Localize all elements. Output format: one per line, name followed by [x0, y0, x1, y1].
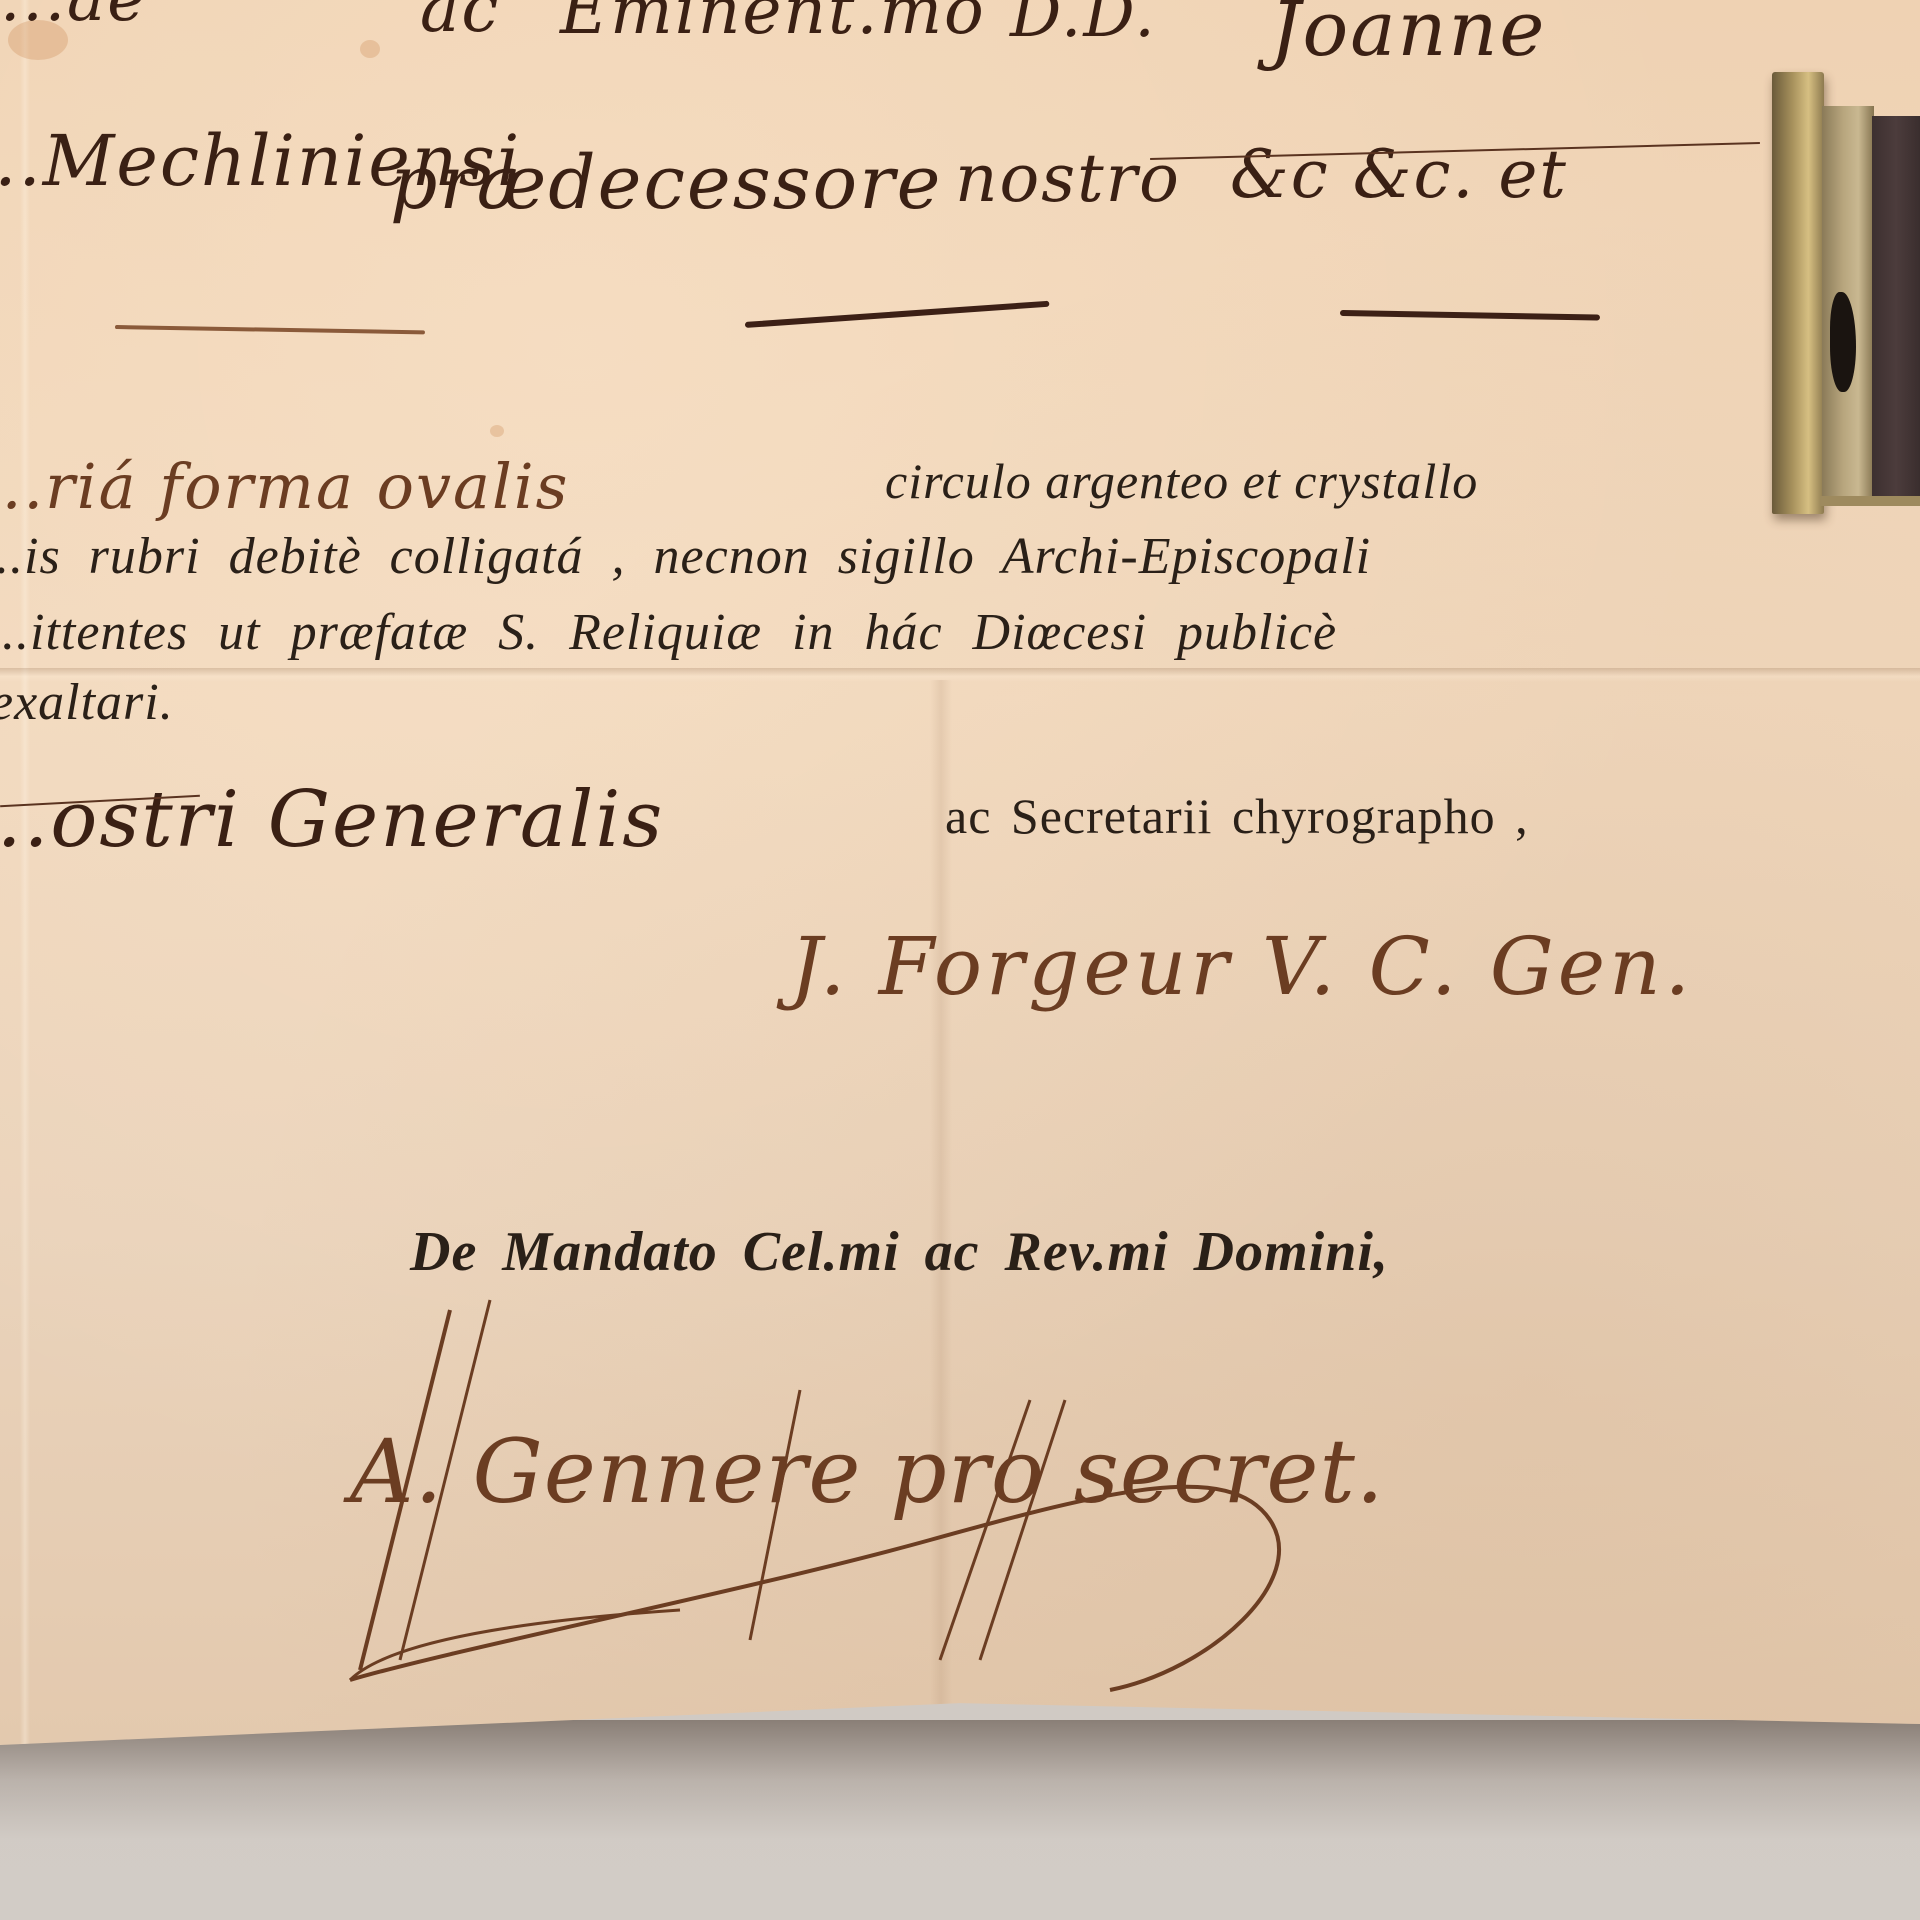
handwritten-name-joanne: Joanne [1270, 0, 1546, 73]
filler-dash [115, 325, 425, 334]
stain [490, 425, 504, 437]
handwritten-predecessor: prædecessore [390, 140, 942, 226]
document-paper: ...ae ac Eminent.mo D.D. Joanne ...Mechl… [0, 0, 1920, 1745]
handwritten-line1-fragment: ...ae [0, 0, 147, 36]
paper-shadow [0, 1720, 1920, 1840]
handwritten-nostro: nostro [955, 140, 1181, 217]
stain [360, 40, 380, 58]
printed-line6: exaltari. [0, 673, 174, 732]
frame-dark-panel [1872, 116, 1920, 502]
signature-vicar-general: J. Forgeur V. C. Gen. [790, 920, 1694, 1013]
fold-crease-left [20, 0, 30, 1745]
fold-crease-horizontal [0, 668, 1920, 682]
printed-mandate: De Mandato Cel.mi ac Rev.mi Domini, [410, 1220, 1389, 1284]
frame-outer-edge [1772, 72, 1824, 514]
handwritten-title-dd: D.D. [1010, 0, 1157, 52]
printed-line4: ...is rubri debitè colligatá , necnon si… [0, 527, 1371, 586]
printed-line7: ac Secretarii chyrographo , [945, 787, 1529, 845]
frame-bottom-rim [1820, 496, 1920, 506]
handwritten-forma-ovalis: ...riá forma ovalis [0, 450, 569, 523]
filler-dash [1340, 310, 1600, 321]
handwritten-generalis: ...ostri Generalis [0, 775, 664, 865]
printed-line3: circulo argenteo et crystallo [885, 452, 1478, 510]
handwritten-eminent: Eminent.mo [560, 0, 986, 49]
brass-reliquary-frame [1772, 72, 1920, 514]
filler-dash [745, 301, 1050, 328]
signature-flourish [330, 1290, 1310, 1710]
handwritten-ac: ac [420, 0, 500, 47]
printed-line5: ...ittentes ut præfatæ S. Reliquiæ in há… [0, 603, 1337, 662]
